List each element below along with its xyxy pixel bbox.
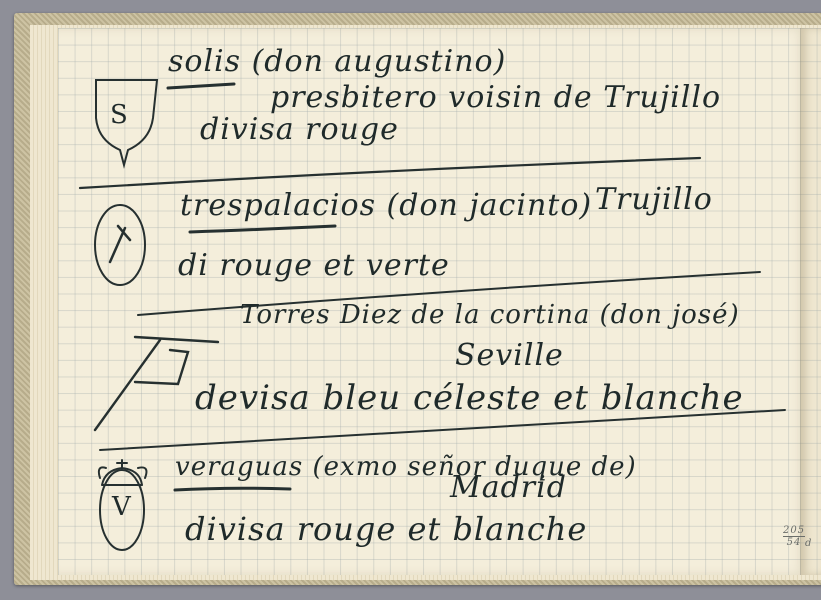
entry-1-line3: divisa rouge	[200, 112, 399, 147]
margin-note-denominator: 54	[783, 537, 805, 548]
entry-2-title: (don jacinto)	[387, 188, 593, 223]
entry-1-title: (don augustino)	[252, 44, 507, 79]
entry-3-title: (don josé)	[600, 300, 740, 330]
entry-4-name: veraguas	[175, 452, 303, 482]
facing-page	[800, 28, 821, 575]
entry-3-name-line: Torres Diez de la cortina (don josé)	[240, 300, 740, 330]
entry-1-name-line: solis (don augustino)	[168, 44, 506, 79]
entry-4-line2: divisa rouge et blanche	[185, 510, 587, 548]
oval-letter: V	[112, 492, 132, 522]
margin-note-suffix: d	[805, 538, 812, 549]
margin-note: 205 54	[783, 525, 805, 548]
entry-2-name: trespalacios	[180, 188, 376, 223]
margin-note-numerator: 205	[783, 525, 805, 537]
entry-1-name: solis	[168, 44, 241, 79]
entry-2-line2: di rouge et verte	[178, 248, 450, 283]
entry-2-name-line: trespalacios (don jacinto)	[180, 188, 592, 223]
entry-3-place: Seville	[455, 338, 564, 373]
entry-1-line2: presbitero voisin de Trujillo	[270, 80, 721, 115]
entry-4-name-line: veraguas (exmo señor duque de)	[175, 452, 637, 482]
entry-3-name: Torres Diez de la cortina	[240, 300, 590, 330]
entry-4-place: Madrid	[450, 470, 567, 505]
entry-2-place: Trujillo	[595, 182, 713, 217]
shield-letter: S	[110, 100, 129, 130]
entry-3-line2: devisa bleu céleste et blanche	[195, 378, 744, 418]
